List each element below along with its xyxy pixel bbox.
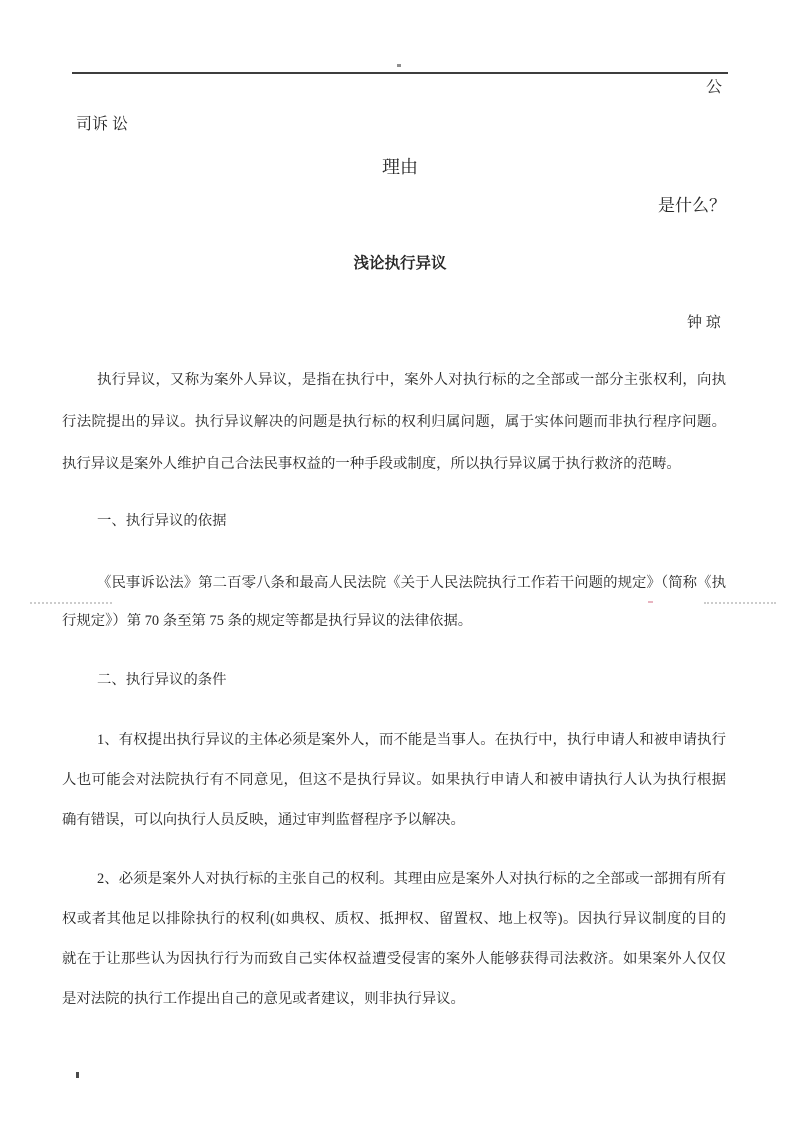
paragraph-3-line-1: 1、有权提出执行异议的主体必须是案外人，而不能是当事人。在执行中，执行申请人和被… — [62, 731, 726, 751]
paragraph-2-line-2: 行规定》）第 70 条至第 75 条的规定等都是执行异议的法律依据。 — [62, 612, 726, 632]
document-title: 浅论执行异议 — [0, 253, 800, 275]
paragraph-4-line-4: 是对法院的执行工作提出自己的意见或者建议，则非执行异议。 — [62, 990, 726, 1010]
header-fragment-center: 理由 — [0, 156, 800, 178]
paragraph-1-line-3: 执行异议是案外人维护自己合法民事权益的一种手段或制度，所以执行异议属于执行救济的… — [62, 455, 726, 475]
scan-speck-top — [397, 64, 401, 67]
paragraph-4-line-3: 就在于让那些认为因执行行为而致自己实体权益遭受侵害的案外人能够获得司法救济。如果… — [62, 950, 726, 970]
paragraph-3-line-2: 人也可能会对法院执行有不同意见，但这不是执行异议。如果执行申请人和被申请执行人认… — [62, 771, 726, 791]
section-heading-1: 一、执行异议的依据 — [62, 512, 726, 532]
paragraph-1-line-1: 执行异议，又称为案外人异议，是指在执行中，案外人对执行标的之全部或一部分主张权利… — [62, 371, 726, 391]
header-fragment-right-top: 公 — [706, 79, 722, 97]
paragraph-4-line-2: 权或者其他足以排除执行的权利(如典权、质权、抵押权、留置权、地上权等)。因执行异… — [62, 910, 726, 930]
paragraph-2-line-1: 《民事诉讼法》第二百零八条和最高人民法院《关于人民法院执行工作若干问题的规定》（… — [62, 574, 726, 594]
section-heading-2: 二、执行异议的条件 — [62, 671, 726, 691]
header-fragment-question: 是什么？ — [658, 196, 726, 216]
scan-dotted-line-right — [704, 602, 776, 604]
author-name: 钟 琼 — [687, 314, 721, 332]
header-fragment-left: 司诉 讼 — [76, 116, 128, 134]
document-page: 公 司诉 讼 理由 是什么？ 浅论执行异议 钟 琼 执行异议，又称为案外人异议，… — [0, 0, 800, 1132]
paragraph-3-line-3: 确有错误，可以向执行人员反映，通过审判监督程序予以解决。 — [62, 811, 726, 831]
scan-dotted-line-left — [30, 602, 112, 604]
paragraph-4-line-1: 2、必须是案外人对执行标的主张自己的权利。其理由应是案外人对执行标的之全部或一部… — [62, 870, 726, 890]
scan-speck-bottom — [76, 1072, 79, 1078]
header-rule — [72, 72, 728, 74]
scan-speck-pink — [648, 601, 653, 603]
paragraph-1-line-2: 行法院提出的异议。执行异议解决的问题是执行标的权利归属问题，属于实体问题而非执行… — [62, 413, 726, 433]
